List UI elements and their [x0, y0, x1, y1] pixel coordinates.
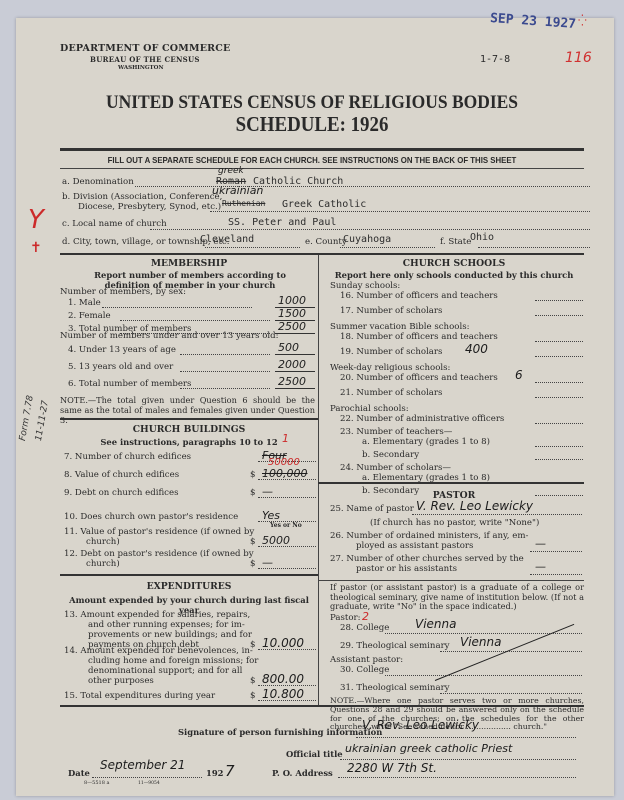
signature-label: Signature of person furnishing informati…: [178, 727, 382, 737]
expenditure-item-label: other purposes: [88, 676, 154, 686]
answer-line: [535, 315, 583, 316]
membership-age-label: 4. Under 13 years of age: [68, 345, 176, 355]
buildings-title: CHURCH BUILDINGS: [60, 424, 318, 435]
red-margin-initials: Y: [28, 205, 44, 235]
local-name-line: [150, 229, 590, 230]
school-group-heading: Parochial schools:: [330, 404, 409, 414]
address-line: [338, 777, 576, 778]
expenditures-title: EXPENDITURES: [60, 581, 318, 592]
assistant-heading: Assistant pastor:: [330, 655, 403, 665]
local-name-label: c. Local name of church: [62, 219, 167, 229]
dollar-sign: $: [250, 537, 255, 547]
answer-line: [535, 341, 583, 342]
address-value[interactable]: 2280 W 7th St.: [347, 761, 437, 775]
q30-line: [385, 675, 582, 676]
division-struck: Ruthenian: [222, 199, 265, 208]
schools-subtitle: Report here only schools conducted by th…: [320, 270, 588, 280]
dollar-sign: $: [250, 559, 255, 569]
answer-line: [535, 459, 583, 460]
expenditure-item-label: and other running expenses; for im-: [88, 620, 245, 630]
divider: [60, 574, 318, 576]
divider: [60, 253, 584, 255]
county-label: e. County: [305, 237, 347, 247]
q26-value[interactable]: —: [535, 537, 546, 550]
dotted-leader: [102, 307, 252, 308]
q31-line: [440, 693, 582, 694]
divider: [60, 148, 584, 151]
q31-label: 31. Theological seminary: [340, 683, 450, 693]
expenditure-item-value[interactable]: 800.00: [262, 672, 304, 686]
school-item-label: 20. Number of officers and teachers: [340, 373, 498, 383]
signature-value[interactable]: V. Rev. Leo Lewicky: [362, 718, 479, 732]
by-sex-heading: Number of members, by sex:: [60, 287, 186, 297]
q27-value[interactable]: —: [535, 560, 546, 573]
dotted-leader: [120, 320, 270, 321]
city-value[interactable]: Cleveland: [200, 234, 254, 245]
answer-line: [535, 356, 583, 357]
expenditure-item-label: 14. Amount expended for benevolences, in…: [64, 646, 253, 656]
division-line: [210, 211, 590, 212]
graduate-note: If pastor (or assistant pastor) is a gra…: [330, 583, 584, 612]
divider: [60, 418, 318, 420]
answer-line: [535, 423, 583, 424]
answer-line: [535, 382, 583, 383]
signature-line: [356, 737, 576, 738]
membership-age-label: 5. 13 years old and over: [68, 362, 173, 372]
denomination-line: [135, 186, 590, 187]
building-item-label: 7. Number of church edifices: [64, 452, 191, 462]
building-item-label: 12. Debt on pastor's residence (if owned…: [64, 549, 254, 559]
yes-no-hint: Yes or No: [270, 522, 302, 529]
q26-label-2: ployed as assistant pastors: [356, 541, 473, 551]
q27-label: 27. Number of other churches served by t…: [330, 554, 524, 564]
dollar-sign: $: [250, 470, 255, 480]
local-name-value[interactable]: SS. Peter and Paul: [228, 217, 336, 228]
membership-item-value[interactable]: 1500: [278, 307, 306, 320]
column-divider: [318, 255, 319, 705]
expenditure-item-value[interactable]: 10.800: [262, 687, 304, 701]
building-item-label-2: church): [86, 537, 120, 547]
membership-age-value[interactable]: 2500: [278, 375, 306, 388]
denomination-value[interactable]: Catholic Church: [253, 176, 343, 187]
red-tick-marks: ⁛: [578, 14, 587, 27]
by-age-heading: Number of members under and over 13 year…: [60, 331, 279, 341]
date-label: Date: [68, 768, 90, 778]
membership-title: MEMBERSHIP: [60, 258, 318, 269]
school-item-value[interactable]: 6: [515, 368, 523, 382]
building-value-correction[interactable]: 50000: [268, 457, 300, 468]
pastor-name-label: 25. Name of pastor: [330, 504, 414, 514]
school-item-label: a. Elementary (grades 1 to 8): [362, 437, 490, 447]
q29-label: 29. Theological seminary: [340, 641, 450, 651]
city-line: [205, 247, 300, 248]
answer-line: [535, 397, 583, 398]
answer-line: [275, 371, 315, 372]
form-title: UNITED STATES CENSUS OF RELIGIOUS BODIES: [25, 92, 599, 114]
state-label: f. State: [440, 237, 471, 247]
school-item-label: 18. Number of officers and teachers: [340, 332, 498, 342]
bureau-name: BUREAU OF THE CENSUS: [90, 55, 200, 64]
q29-value[interactable]: Vienna: [460, 635, 502, 649]
school-item-label: 21. Number of scholars: [340, 388, 442, 398]
date-value[interactable]: September 21: [100, 758, 185, 772]
q28-label: 28. College: [340, 623, 389, 633]
building-item-label: 10. Does church own pastor's residence: [64, 512, 238, 522]
division-insert: ukrainian: [212, 184, 263, 197]
expenditure-item-label: denominational support; and for all: [88, 666, 242, 676]
membership-item-label: 1. Male: [68, 298, 101, 308]
expenditure-item-label: 15. Total expenditures during year: [64, 691, 215, 701]
division-label-2: Diocese, Presbytery, Synod, etc.): [78, 202, 221, 212]
dollar-sign: $: [250, 676, 255, 686]
print-code: 8—5518 a: [84, 780, 109, 786]
dotted-leader: [180, 388, 270, 389]
membership-item-value[interactable]: 1000: [278, 294, 306, 307]
school-item-label: 19. Number of scholars: [340, 347, 442, 357]
building-item-value[interactable]: Yes: [262, 509, 280, 522]
schools-title: CHURCH SCHOOLS: [320, 258, 588, 269]
print-code-2: 11—9054: [138, 781, 160, 786]
buildings-subtitle: See instructions, paragraphs 10 to 12: [60, 437, 318, 447]
q26-label: 26. Number of ordained ministers, if any…: [330, 531, 528, 541]
answer-line: [275, 333, 315, 334]
date-line: [92, 777, 202, 778]
county-value[interactable]: Cuyahoga: [343, 234, 391, 245]
form-code: 1-7-8: [480, 54, 510, 65]
pastor-name-hint: (If church has no pastor, write "None"): [370, 518, 539, 528]
divider: [318, 580, 584, 581]
school-item-label: 16. Number of officers and teachers: [340, 291, 498, 301]
building-item-label: 8. Value of church edifices: [64, 470, 179, 480]
denomination-label: a. Denomination: [62, 177, 134, 187]
divider: [60, 705, 584, 707]
q28-value[interactable]: Vienna: [415, 617, 457, 631]
location: WASHINGTON: [118, 65, 163, 71]
school-group-heading: Summer vacation Bible schools:: [330, 322, 470, 332]
building-item-value[interactable]: —: [262, 485, 273, 498]
building-item-value[interactable]: —: [262, 556, 273, 569]
official-title-line: [340, 759, 576, 760]
school-item-label: 23. Number of teachers—: [340, 427, 452, 437]
official-title-label: Official title: [286, 749, 343, 759]
pastor-red-mark: 2: [362, 610, 369, 623]
red-mark: 1: [282, 432, 289, 445]
membership-age-value[interactable]: 2000: [278, 358, 306, 371]
membership-note: NOTE.—The total given under Question 6 s…: [60, 395, 315, 425]
membership-item-label: 2. Female: [68, 311, 111, 321]
address-label: P. O. Address: [272, 768, 333, 778]
official-title-value[interactable]: ukrainian greek catholic Priest: [345, 742, 512, 755]
membership-item-value[interactable]: 2500: [278, 320, 306, 333]
expenditure-item-label: 13. Amount expended for salaries, repair…: [64, 610, 250, 620]
county-line: [340, 247, 435, 248]
school-item-value[interactable]: 400: [465, 342, 488, 356]
membership-age-label: 6. Total number of members: [68, 379, 191, 389]
state-line: [478, 247, 590, 248]
department-name: DEPARTMENT OF COMMERCE: [60, 43, 230, 54]
building-item-value[interactable]: 100,000: [262, 467, 308, 480]
building-item-value[interactable]: 5000: [262, 534, 290, 547]
expenditure-item-label: provements or new buildings; and for: [88, 630, 252, 640]
dotted-leader: [180, 371, 270, 372]
q27-label-2: pastor or his assistants: [356, 564, 457, 574]
state-value[interactable]: Ohio: [470, 232, 494, 243]
denomination-insert: greek: [218, 166, 244, 176]
instruction-banner: FILL OUT A SEPARATE SCHEDULE FOR EACH CH…: [25, 155, 599, 165]
building-item-label: 9. Debt on church edifices: [64, 488, 178, 498]
q26-line: [530, 551, 582, 552]
q29-line: [440, 651, 582, 652]
building-item-label: 11. Value of pastor's residence (if owne…: [64, 527, 254, 537]
year-digit[interactable]: 7: [225, 762, 235, 780]
pastor-name-line: [412, 514, 582, 515]
building-item-label-2: church): [86, 559, 120, 569]
answer-line: [275, 354, 315, 355]
school-item-label: 24. Number of scholars—: [340, 463, 451, 473]
expenditure-item-value[interactable]: 10.000: [262, 636, 304, 650]
expenditure-item-label: cluding home and foreign missions; for: [88, 656, 258, 666]
answer-line: [275, 388, 315, 389]
q27-line: [530, 574, 582, 575]
q30-label: 30. College: [340, 665, 389, 675]
membership-age-value[interactable]: 500: [278, 341, 299, 354]
schedule-title: SCHEDULE: 1926: [31, 112, 593, 137]
answer-line: [535, 300, 583, 301]
school-group-heading: Sunday schools:: [330, 281, 400, 291]
school-item-label: 17. Number of scholars: [340, 306, 442, 316]
pastor-name-value[interactable]: V. Rev. Leo Lewicky: [416, 499, 533, 513]
dollar-sign: $: [250, 488, 255, 498]
divider: [60, 168, 584, 169]
red-file-number: 116: [565, 50, 592, 66]
school-item-label: 22. Number of administrative officers: [340, 414, 504, 424]
red-cross-mark: ✝: [30, 240, 42, 256]
division-label: b. Division (Association, Conference,: [62, 192, 222, 202]
divider: [318, 482, 584, 484]
year-prefix: 192: [206, 768, 223, 778]
division-value[interactable]: Greek Catholic: [282, 199, 366, 210]
pastor-heading: Pastor:: [330, 613, 361, 623]
dollar-sign: $: [250, 691, 255, 701]
school-group-heading: Week-day religious schools:: [330, 363, 450, 373]
answer-line: [535, 446, 583, 447]
school-item-label: b. Secondary: [362, 450, 419, 460]
dotted-leader: [180, 354, 270, 355]
